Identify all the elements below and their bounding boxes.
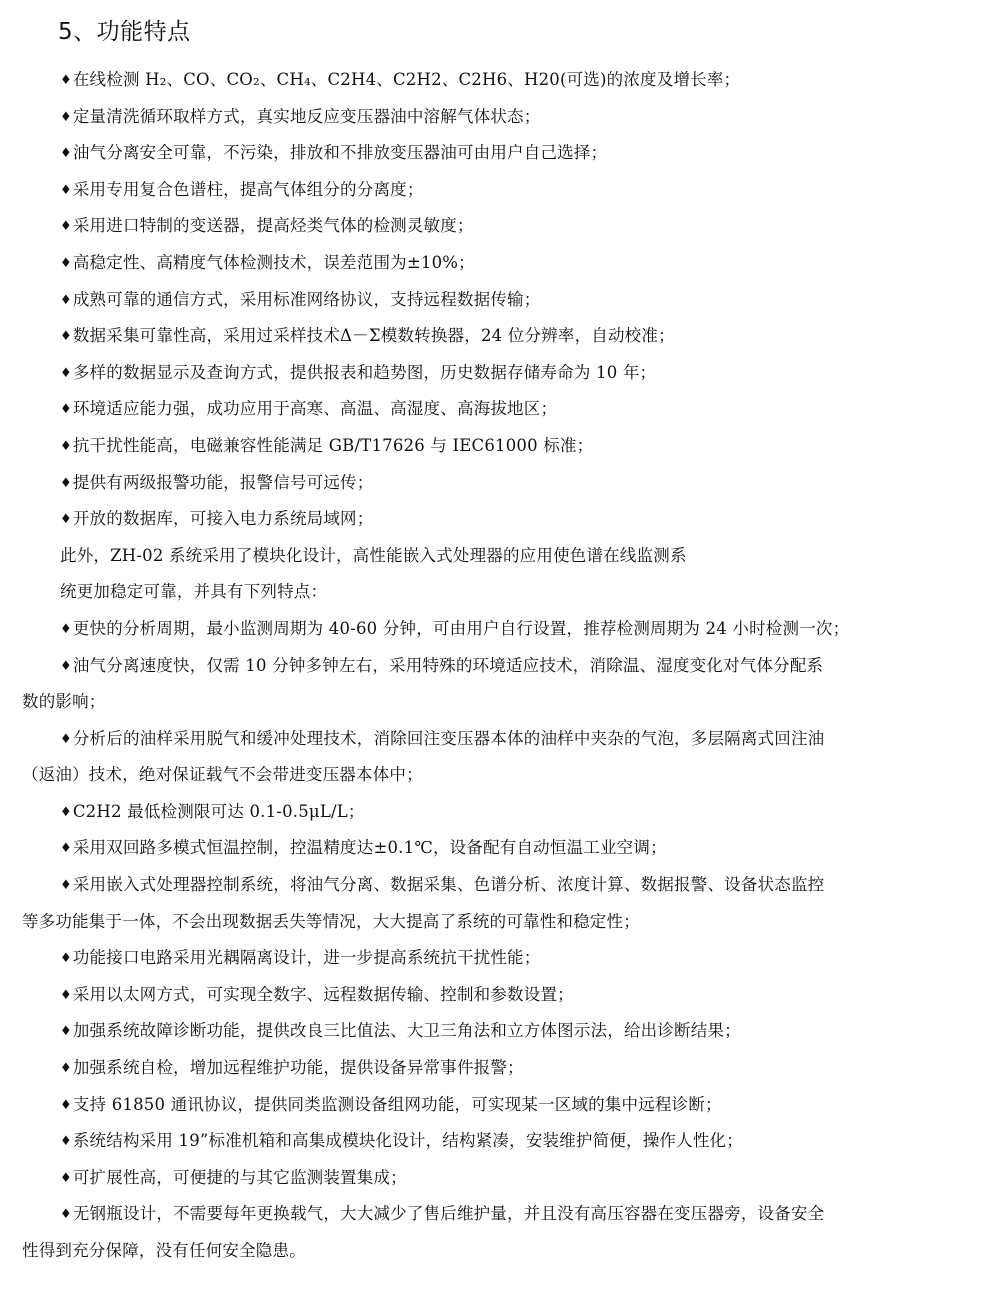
line-text: 统更加稳定可靠，并具有下列特点：	[60, 582, 327, 601]
diamond-bullet-icon: ♦	[60, 366, 72, 381]
line-text: 在线检测 H₂、CO、CO₂、CH₄、C2H4、C2H2、C2H6、H20(可选…	[73, 70, 740, 89]
line-text: 性得到充分保障，没有任何安全隐患。	[22, 1241, 306, 1260]
feature-bullet-item: ♦分析后的油样采用脱气和缓冲处理技术，消除回注变压器本体的油样中夹杂的气泡，多层…	[22, 721, 977, 758]
line-text: 支持 61850 通讯协议，提供同类监测设备组网功能，可实现某一区域的集中远程诊…	[73, 1095, 722, 1114]
feature-bullet-item: ♦可扩展性高，可便捷的与其它监测装置集成；	[22, 1160, 977, 1197]
diamond-bullet-icon: ♦	[60, 1024, 72, 1039]
paragraph-line: 性得到充分保障，没有任何安全隐患。	[22, 1233, 977, 1270]
feature-bullet-item: ♦支持 61850 通讯协议，提供同类监测设备组网功能，可实现某一区域的集中远程…	[22, 1087, 977, 1124]
line-text: 可扩展性高，可便捷的与其它监测装置集成；	[73, 1168, 407, 1187]
line-text: 环境适应能力强，成功应用于高寒、高温、高湿度、高海拔地区；	[73, 399, 557, 418]
line-text: 提供有两级报警功能，报警信号可远传；	[73, 473, 374, 492]
diamond-bullet-icon: ♦	[60, 329, 72, 344]
line-text: 定量清洗循环取样方式，真实地反应变压器油中溶解气体状态；	[73, 107, 541, 126]
line-text: C2H2 最低检测限可达 0.1-0.5μL/L；	[73, 802, 365, 821]
diamond-bullet-icon: ♦	[60, 805, 72, 820]
paragraph-line: 统更加稳定可靠，并具有下列特点：	[22, 574, 977, 611]
line-text: 采用嵌入式处理器控制系统，将油气分离、数据采集、色谱分析、浓度计算、数据报警、设…	[73, 875, 825, 894]
feature-bullet-item: ♦无钢瓶设计，不需要每年更换载气，大大减少了售后维护量，并且没有高压容器在变压器…	[22, 1196, 977, 1233]
diamond-bullet-icon: ♦	[60, 219, 72, 234]
diamond-bullet-icon: ♦	[60, 439, 72, 454]
diamond-bullet-icon: ♦	[60, 659, 72, 674]
diamond-bullet-icon: ♦	[60, 1134, 72, 1149]
feature-bullet-item: ♦功能接口电路采用光耦隔离设计，进一步提高系统抗干扰性能；	[22, 940, 977, 977]
line-text: （返油）技术，绝对保证载气不会带进变压器本体中；	[22, 765, 423, 784]
diamond-bullet-icon: ♦	[60, 183, 72, 198]
line-text: 此外，ZH-02 系统采用了模块化设计，高性能嵌入式处理器的应用使色谱在线监测系	[60, 546, 687, 565]
line-text: 油气分离速度快，仅需 10 分钟多钟左右，采用特殊的环境适应技术，消除温、湿度变…	[73, 656, 823, 675]
feature-bullet-item: ♦油气分离速度快，仅需 10 分钟多钟左右，采用特殊的环境适应技术，消除温、湿度…	[22, 648, 977, 685]
line-text: 数的影响；	[22, 692, 106, 711]
line-text: 无钢瓶设计，不需要每年更换载气，大大减少了售后维护量，并且没有高压容器在变压器旁…	[73, 1204, 825, 1223]
feature-bullet-item: ♦油气分离安全可靠，不污染，排放和不排放变压器油可由用户自己选择；	[22, 135, 977, 172]
diamond-bullet-icon: ♦	[60, 73, 72, 88]
diamond-bullet-icon: ♦	[60, 256, 72, 271]
feature-bullet-item: ♦更快的分析周期，最小监测周期为 40-60 分钟，可由用户自行设置，推荐检测周…	[22, 611, 977, 648]
feature-bullet-item: ♦成熟可靠的通信方式，采用标准网络协议，支持远程数据传输；	[22, 282, 977, 319]
feature-bullet-item: ♦系统结构采用 19”标准机箱和高集成模块化设计，结构紧凑，安装维护简便，操作人…	[22, 1123, 977, 1160]
feature-bullet-item: ♦在线检测 H₂、CO、CO₂、CH₄、C2H4、C2H2、C2H6、H20(可…	[22, 62, 977, 99]
paragraph-line: （返油）技术，绝对保证载气不会带进变压器本体中；	[22, 757, 977, 794]
diamond-bullet-icon: ♦	[60, 293, 72, 308]
feature-bullet-item: ♦采用专用复合色谱柱，提高气体组分的分离度；	[22, 172, 977, 209]
feature-bullet-item: ♦提供有两级报警功能，报警信号可远传；	[22, 465, 977, 502]
feature-bullet-item: ♦加强系统自检，增加远程维护功能，提供设备异常事件报警；	[22, 1050, 977, 1087]
diamond-bullet-icon: ♦	[60, 1207, 72, 1222]
line-text: 开放的数据库，可接入电力系统局域网；	[73, 509, 374, 528]
paragraph-line: 等多功能集于一体，不会出现数据丢失等情况，大大提高了系统的可靠性和稳定性；	[22, 904, 977, 941]
feature-bullet-item: ♦C2H2 最低检测限可达 0.1-0.5μL/L；	[22, 794, 977, 831]
feature-bullet-item: ♦开放的数据库，可接入电力系统局域网；	[22, 501, 977, 538]
feature-bullet-item: ♦环境适应能力强，成功应用于高寒、高温、高湿度、高海拔地区；	[22, 391, 977, 428]
feature-bullet-item: ♦定量清洗循环取样方式，真实地反应变压器油中溶解气体状态；	[22, 99, 977, 136]
diamond-bullet-icon: ♦	[60, 732, 72, 747]
line-text: 功能接口电路采用光耦隔离设计，进一步提高系统抗干扰性能；	[73, 948, 541, 967]
feature-bullet-item: ♦采用嵌入式处理器控制系统，将油气分离、数据采集、色谱分析、浓度计算、数据报警、…	[22, 867, 977, 904]
line-text: 多样的数据显示及查询方式，提供报表和趋势图，历史数据存储寿命为 10 年；	[73, 363, 656, 382]
feature-bullet-item: ♦加强系统故障诊断功能，提供改良三比值法、大卫三角法和立方体图示法，给出诊断结果…	[22, 1013, 977, 1050]
line-text: 抗干扰性能高，电磁兼容性能满足 GB/T17626 与 IEC61000 标准；	[73, 436, 594, 455]
diamond-bullet-icon: ♦	[60, 402, 72, 417]
diamond-bullet-icon: ♦	[60, 512, 72, 527]
feature-bullet-item: ♦多样的数据显示及查询方式，提供报表和趋势图，历史数据存储寿命为 10 年；	[22, 355, 977, 392]
section-title: 5、功能特点	[58, 14, 191, 50]
line-text: 采用进口特制的变送器，提高烃类气体的检测灵敏度；	[73, 216, 474, 235]
diamond-bullet-icon: ♦	[60, 476, 72, 491]
line-text: 采用双回路多模式恒温控制，控温精度达±0.1℃，设备配有自动恒温工业空调；	[73, 838, 667, 857]
line-text: 加强系统自检，增加远程维护功能，提供设备异常事件报警；	[73, 1058, 524, 1077]
diamond-bullet-icon: ♦	[60, 988, 72, 1003]
line-text: 数据采集可靠性高，采用过采样技术Δ－Σ模数转换器，24 位分辨率，自动校准；	[73, 326, 675, 345]
line-text: 采用以太网方式，可实现全数字、远程数据传输、控制和参数设置；	[73, 985, 574, 1004]
diamond-bullet-icon: ♦	[60, 146, 72, 161]
diamond-bullet-icon: ♦	[60, 951, 72, 966]
line-text: 加强系统故障诊断功能，提供改良三比值法、大卫三角法和立方体图示法，给出诊断结果；	[73, 1021, 741, 1040]
line-text: 成熟可靠的通信方式，采用标准网络协议，支持远程数据传输；	[73, 290, 541, 309]
diamond-bullet-icon: ♦	[60, 841, 72, 856]
feature-bullet-item: ♦高稳定性、高精度气体检测技术，误差范围为±10%；	[22, 245, 977, 282]
feature-bullet-item: ♦采用以太网方式，可实现全数字、远程数据传输、控制和参数设置；	[22, 977, 977, 1014]
paragraph-line: 数的影响；	[22, 684, 977, 721]
line-text: 高稳定性、高精度气体检测技术，误差范围为±10%；	[73, 253, 475, 272]
diamond-bullet-icon: ♦	[60, 1061, 72, 1076]
diamond-bullet-icon: ♦	[60, 110, 72, 125]
line-text: 采用专用复合色谱柱，提高气体组分的分离度；	[73, 180, 424, 199]
diamond-bullet-icon: ♦	[60, 1171, 72, 1186]
diamond-bullet-icon: ♦	[60, 878, 72, 893]
line-text: 油气分离安全可靠，不污染，排放和不排放变压器油可由用户自己选择；	[73, 143, 607, 162]
feature-list: ♦在线检测 H₂、CO、CO₂、CH₄、C2H4、C2H2、C2H6、H20(可…	[22, 62, 977, 1270]
feature-bullet-item: ♦抗干扰性能高，电磁兼容性能满足 GB/T17626 与 IEC61000 标准…	[22, 428, 977, 465]
feature-bullet-item: ♦数据采集可靠性高，采用过采样技术Δ－Σ模数转换器，24 位分辨率，自动校准；	[22, 318, 977, 355]
feature-bullet-item: ♦采用进口特制的变送器，提高烃类气体的检测灵敏度；	[22, 208, 977, 245]
diamond-bullet-icon: ♦	[60, 1098, 72, 1113]
line-text: 更快的分析周期，最小监测周期为 40-60 分钟，可由用户自行设置，推荐检测周期…	[73, 619, 849, 638]
diamond-bullet-icon: ♦	[60, 622, 72, 637]
feature-bullet-item: ♦采用双回路多模式恒温控制，控温精度达±0.1℃，设备配有自动恒温工业空调；	[22, 830, 977, 867]
line-text: 等多功能集于一体，不会出现数据丢失等情况，大大提高了系统的可靠性和稳定性；	[22, 912, 640, 931]
paragraph-line: 此外，ZH-02 系统采用了模块化设计，高性能嵌入式处理器的应用使色谱在线监测系	[22, 538, 977, 575]
line-text: 系统结构采用 19”标准机箱和高集成模块化设计，结构紧凑，安装维护简便，操作人性…	[73, 1131, 743, 1150]
line-text: 分析后的油样采用脱气和缓冲处理技术，消除回注变压器本体的油样中夹杂的气泡，多层隔…	[73, 729, 825, 748]
